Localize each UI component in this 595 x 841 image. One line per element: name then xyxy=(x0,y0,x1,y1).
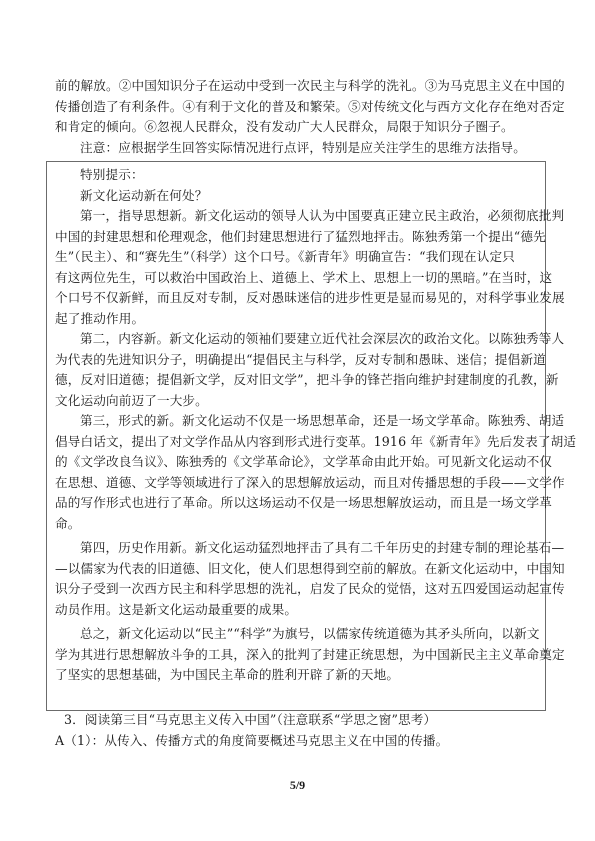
para3-line: 品的写作形式也进行了革命。所以这场运动不仅是一场思想解放运动，而且是一场文学革 xyxy=(55,493,545,513)
para5-line: 了坚实的思想基础，为中国民主革命的胜利开辟了新的天地。 xyxy=(55,665,545,685)
question-a1: A（1）：从传入、传播方式的角度简要概述马克思主义在中国的传播。 xyxy=(55,731,545,751)
para3-line: 第三，形式的新。新文化运动不仅是一场思想革命，还是一场文学革命。陈独秀、胡适 xyxy=(80,411,545,431)
para4-line: 第四，历史作用新。新文化运动猛烈地抨击了具有二千年历史的封建专制的理论基石— xyxy=(80,538,545,558)
para1-line: 生”（民主）、和“赛先生”（科学）这个口号。《新青年》明确宣告：“我们现在认定只 xyxy=(55,247,545,267)
para5-line: 学为其进行思想解放斗争的工具，深入的批判了封建正统思想，为中国新民主主义革命奠定 xyxy=(55,645,545,665)
intro-line: 和肯定的倾向。⑥忽视人民群众，没有发动广大人民群众，局限于知识分子圈子。 xyxy=(55,117,545,137)
para2-line: 德，反对旧道德；提倡新文学，反对旧文学”，把斗争的锋芒指向维护封建制度的孔教，新 xyxy=(55,370,545,390)
para2-line: 第二，内容新。新文化运动的领袖们要建立近代社会深层次的政治文化。以陈独秀等人 xyxy=(80,329,545,349)
para1-line: 有这两位先生，可以救治中国政治上、道德上、学术上、思想上一切的黑暗。”在当时，这 xyxy=(55,268,545,288)
para4-line: 识分子受到一次西方民主和科学思想的洗礼，启发了民众的觉悟，这对五四爱国运动起宣传 xyxy=(55,579,545,599)
para4-line: —以儒家为代表的旧道德、旧文化，使人们思想得到空前的解放。在新文化运动中，中国知 xyxy=(55,559,545,579)
document-page: 前的解放。②中国知识分子在运动中受到一次民主与科学的洗礼。③为马克思主义在中国的… xyxy=(0,0,595,841)
intro-line: 传播创造了有利条件。④有利于文化的普及和繁荣。⑤对传统文化与西方文化存在绝对否定 xyxy=(55,97,545,117)
para1-line: 第一，指导思想新。新文化运动的领导人认为中国要真正建立民主政治，必须彻底批判 xyxy=(80,206,545,226)
para3-line: 倡导白话文，提出了对文学作品从内容到形式进行变革。1916 年《新青年》先后发表… xyxy=(55,432,545,452)
teacher-note: 注意：应根据学生回答实际情况进行点评，特别是应关注学生的思维方法指导。 xyxy=(80,138,545,158)
para3-line: 的《文学改良刍议》、陈独秀的《文学革命论》，文学革命由此开始。可见新文化运动不仅 xyxy=(55,452,545,472)
page-number: 5/9 xyxy=(0,778,595,793)
section3-heading: 3．阅读第三目“马克思主义传入中国”（注意联系“学思之窗”思考） xyxy=(64,710,554,730)
para2-line: 文化运动向前迈了一大步。 xyxy=(55,391,545,411)
para5-line: 总之，新文化运动以“民主”“科学”为旗号，以儒家传统道德为其矛头所向，以新文 xyxy=(80,624,545,644)
para3-line: 在思想、道德、文学等领域进行了深入的思想解放运动，而且对传播思想的手段——文学作 xyxy=(55,473,545,493)
para1-line: 起了推动作用。 xyxy=(55,309,545,329)
para3-line: 命。 xyxy=(55,514,545,534)
intro-line: 前的解放。②中国知识分子在运动中受到一次民主与科学的洗礼。③为马克思主义在中国的 xyxy=(55,76,545,96)
para2-line: 为代表的先进知识分子，明确提出“提倡民主与科学，反对专制和愚昧、迷信；提倡新道 xyxy=(55,350,545,370)
tip-heading: 特别提示： xyxy=(80,165,545,185)
para1-line: 个口号不仅新鲜，而且反对专制，反对愚昧迷信的进步性更是显而易见的，对科学事业发展 xyxy=(55,288,545,308)
tip-question: 新文化运动新在何处？ xyxy=(80,186,545,206)
para4-line: 动员作用。这是新文化运动最重要的成果。 xyxy=(55,600,545,620)
para1-line: 中国的封建思想和伦理观念，他们封建思想进行了猛烈地抨击。陈独秀第一个提出“德先 xyxy=(55,227,545,247)
